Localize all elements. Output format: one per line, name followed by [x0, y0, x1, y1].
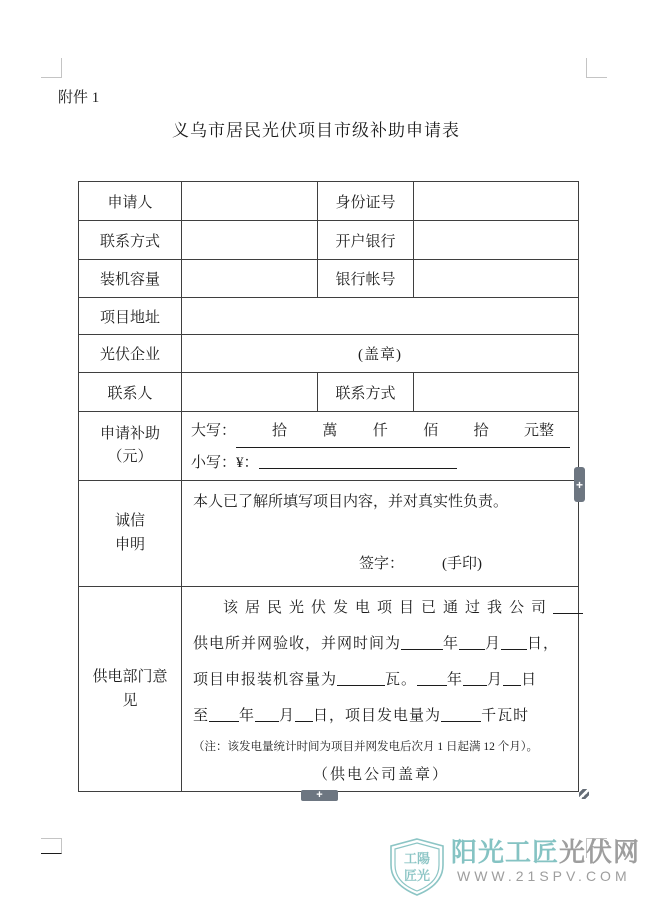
power-supply-opinion-label: 供电部门意见	[79, 587, 182, 792]
id-number-label: 身份证号	[318, 182, 414, 221]
bank-account-label: 银行帐号	[318, 260, 414, 298]
subsidy-amount-label-line1: 申请补助	[79, 423, 181, 446]
project-address-label: 项目地址	[79, 298, 182, 335]
applicant-label: 申请人	[79, 182, 182, 221]
table-row: 装机容量 银行帐号	[79, 260, 579, 298]
day-blank[interactable]	[501, 635, 527, 650]
unit-qian: 仟	[373, 416, 388, 447]
contact-label: 联系方式	[79, 221, 182, 260]
crop-mark-top-left	[41, 58, 62, 78]
subsidy-amount-label-line2: （元）	[79, 446, 181, 469]
amount-words-underline[interactable]: 拾萬仟佰拾元整	[236, 416, 570, 448]
unit-shi-wan: 拾	[272, 416, 287, 447]
shield-text-top: 工陽	[404, 851, 430, 866]
month2-blank[interactable]	[463, 671, 487, 686]
subsidy-amount-cell[interactable]: 大写：拾萬仟佰拾元整 小写：¥：	[182, 412, 579, 481]
amount-in-figures-line: 小写：¥：	[191, 448, 578, 479]
table-insert-column-handle[interactable]: +	[574, 467, 585, 502]
shield-text-bottom: 匠光	[404, 868, 430, 883]
table-row: 项目地址	[79, 298, 579, 335]
project-address-value-cell[interactable]	[182, 298, 579, 335]
unit-yuan-zheng: 元整	[524, 416, 554, 447]
month3-blank[interactable]	[255, 707, 279, 722]
contact-value-cell[interactable]	[182, 221, 318, 260]
unit-shi: 拾	[474, 416, 489, 447]
signature-line[interactable]: 签字：(手印)	[193, 552, 572, 573]
table-row: 供电部门意见 该居民光伏发电项目已通过我公司 供电所并网验收，并网时间为年月日，…	[79, 587, 579, 792]
opinion-line-1: 该居民光伏发电项目已通过我公司	[193, 590, 569, 626]
bank-name-value-cell[interactable]	[414, 221, 579, 260]
integrity-statement: 本人已了解所填写项目内容，并对真实性负责。	[193, 490, 572, 511]
installed-capacity-value-cell[interactable]	[182, 260, 318, 298]
page-title: 义乌市居民光伏项目市级补助申请表	[0, 116, 632, 141]
opinion-line-3: 项目申报装机容量为瓦。年月日	[193, 662, 569, 698]
fingerprint-label: (手印)	[442, 556, 482, 572]
amount-in-words-line: 大写：拾萬仟佰拾元整	[191, 416, 578, 448]
opinion-note: （注：该发电量统计时间为项目并网发电后次月 1 日起满 12 个月）。	[193, 734, 569, 760]
year3-blank[interactable]	[209, 707, 239, 722]
table-insert-row-handle[interactable]: +	[301, 790, 338, 801]
pv-company-seal-cell[interactable]: (盖章)	[182, 335, 579, 373]
amount-figures-blank[interactable]	[259, 454, 457, 469]
table-row: 申请补助 （元） 大写：拾萬仟佰拾元整 小写：¥：	[79, 412, 579, 481]
day3-blank[interactable]	[295, 707, 313, 722]
year2-blank[interactable]	[417, 671, 447, 686]
watermark-text-block: 阳光工匠光伏网 WWW.21SPV.COM	[451, 837, 640, 884]
watermark-url: WWW.21SPV.COM	[451, 868, 640, 884]
opinion-line-4: 至年月日，项目发电量为千瓦时	[193, 698, 569, 734]
month-blank[interactable]	[459, 635, 485, 650]
table-row: 光伏企业 (盖章)	[79, 335, 579, 373]
contact-person-label: 联系人	[79, 373, 182, 412]
year-blank[interactable]	[401, 635, 443, 650]
generation-blank[interactable]	[441, 707, 481, 722]
crop-mark-bottom-left	[41, 838, 62, 854]
bank-account-value-cell[interactable]	[414, 260, 579, 298]
signature-label: 签字：	[359, 556, 404, 572]
amount-words-prefix: 大写：	[191, 423, 236, 439]
applicant-value-cell[interactable]	[182, 182, 318, 221]
table-resize-handle[interactable]	[579, 789, 589, 799]
application-form-table: 申请人 身份证号 联系方式 开户银行 装机容量 银行帐号 项目地址 光伏企业 (…	[78, 181, 579, 792]
integrity-declaration-cell[interactable]: 本人已了解所填写项目内容，并对真实性负责。 签字：(手印)	[182, 481, 579, 587]
brand-secondary-text: 光伏网	[559, 837, 640, 867]
watermark-logo: 工陽 匠光 阳光工匠光伏网 WWW.21SPV.COM	[386, 837, 640, 897]
shield-badge-icon: 工陽 匠光	[386, 837, 448, 897]
attachment-label: 附件 1	[58, 86, 99, 107]
capacity-blank[interactable]	[337, 671, 385, 686]
subsidy-amount-label: 申请补助 （元）	[79, 412, 182, 481]
crop-mark-top-right	[586, 58, 607, 78]
table-row: 诚信 申明 本人已了解所填写项目内容，并对真实性负责。 签字：(手印)	[79, 481, 579, 587]
watermark-brand: 阳光工匠光伏网	[451, 837, 640, 867]
bank-name-label: 开户银行	[318, 221, 414, 260]
day2-blank[interactable]	[503, 671, 521, 686]
contact-person-phone-label: 联系方式	[318, 373, 414, 412]
word-document-page: 附件 1 义乌市居民光伏项目市级补助申请表 申请人 身份证号 联系方式 开户银行…	[0, 0, 650, 917]
amount-figures-prefix: 小写：¥：	[191, 455, 259, 471]
integrity-label-line1: 诚信	[79, 510, 181, 533]
table-row: 联系方式 开户银行	[79, 221, 579, 260]
pv-company-label: 光伏企业	[79, 335, 182, 373]
opinion-line-2: 供电所并网验收，并网时间为年月日，	[193, 626, 569, 662]
table-row: 申请人 身份证号	[79, 182, 579, 221]
integrity-declaration-label: 诚信 申明	[79, 481, 182, 587]
power-supply-opinion-cell[interactable]: 该居民光伏发电项目已通过我公司 供电所并网验收，并网时间为年月日， 项目申报装机…	[182, 587, 579, 792]
brand-primary-text: 阳光工匠	[451, 837, 559, 867]
contact-person-phone-value-cell[interactable]	[414, 373, 579, 412]
power-company-seal-label: （供电公司盖章）	[193, 760, 569, 790]
contact-person-value-cell[interactable]	[182, 373, 318, 412]
unit-wan: 萬	[322, 416, 337, 447]
company-blank[interactable]	[553, 599, 583, 614]
unit-bai: 佰	[423, 416, 438, 447]
integrity-label-line2: 申明	[79, 534, 181, 557]
installed-capacity-label: 装机容量	[79, 260, 182, 298]
id-number-value-cell[interactable]	[414, 182, 579, 221]
table-row: 联系人 联系方式	[79, 373, 579, 412]
